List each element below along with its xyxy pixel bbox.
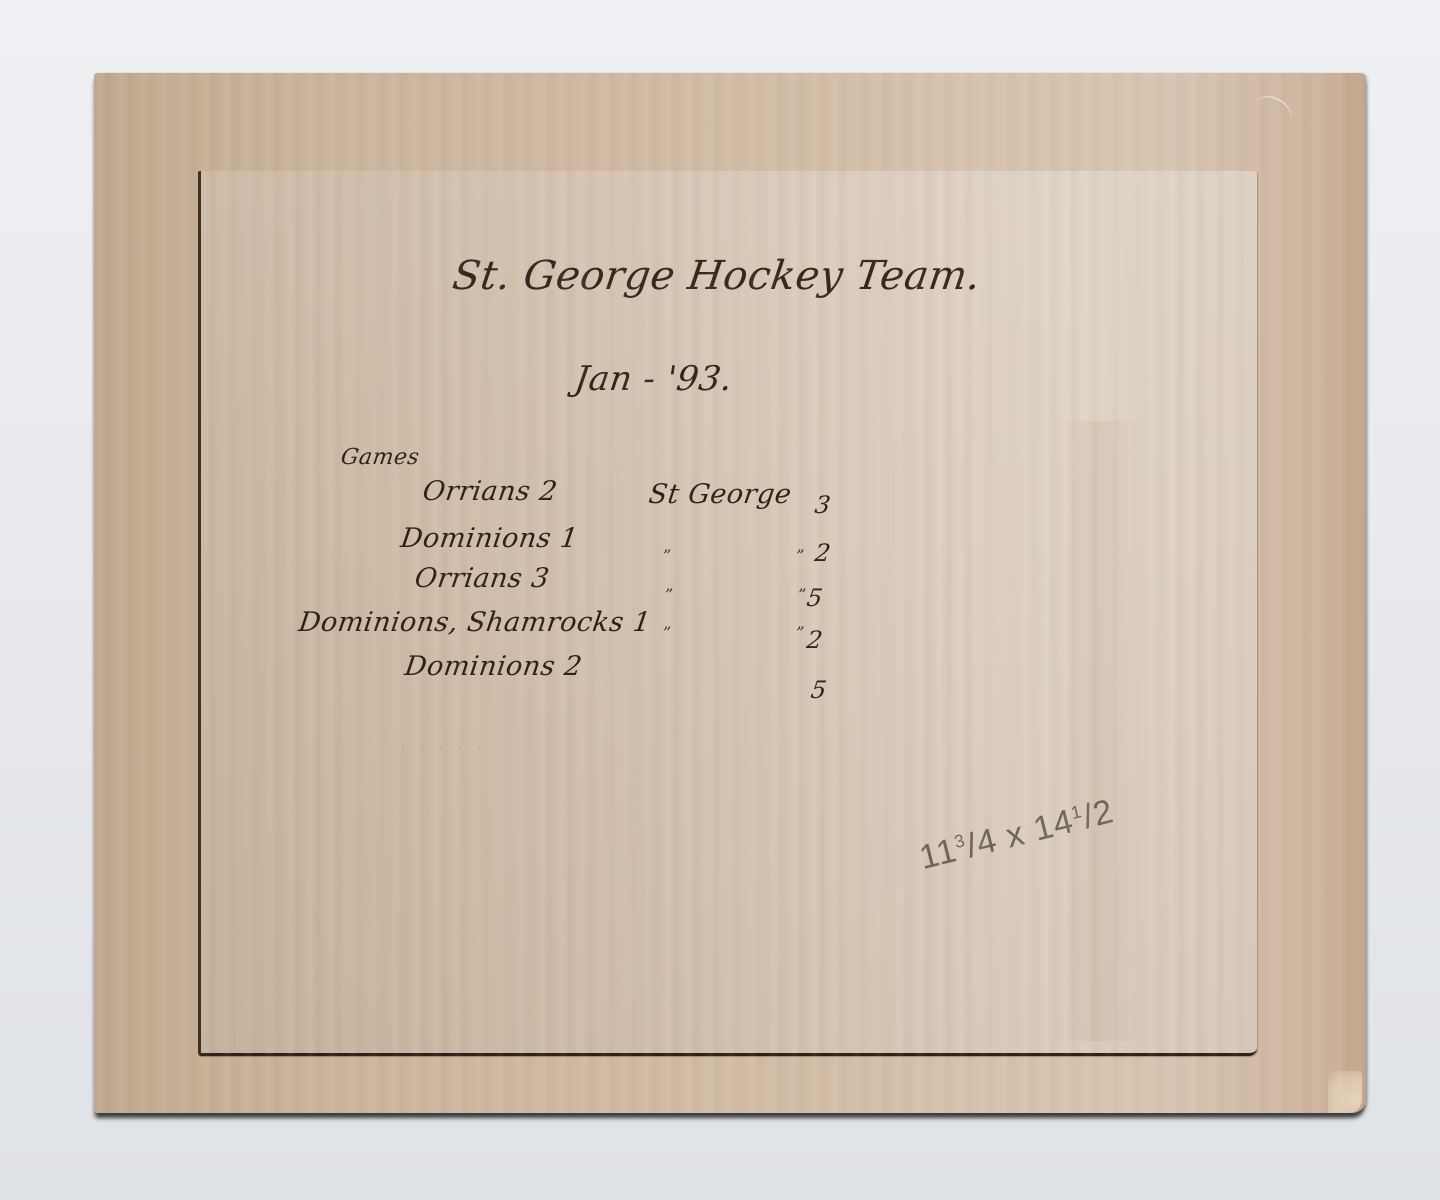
mount-corner-wear [1328, 1071, 1362, 1113]
water-stain [1053, 421, 1143, 1041]
opponent-name: Dominions [403, 651, 558, 682]
game-row-1-opponent: Orrians 2 [421, 476, 560, 507]
faint-marks: · · · · · [401, 741, 486, 754]
game-row-3-team-ditto: ” ” [665, 585, 866, 604]
opponent-score: 2 [562, 651, 584, 682]
opponent-name: Orrians [421, 476, 533, 507]
game-row-2-team-ditto: ” ” [663, 546, 864, 565]
mount-board: St. George Hockey Team. Jan - '93. Games… [94, 73, 1366, 1113]
opponent-score: 1 [631, 607, 653, 638]
game-row-4-opponent: Dominions, Shamrocks 1 [297, 607, 653, 638]
document-title: St. George Hockey Team. [450, 253, 984, 299]
game-row-1-team: St George [647, 479, 794, 510]
opponent-name: Dominions [399, 523, 554, 554]
mount-crease [1247, 89, 1297, 136]
game-row-5-team-score: 5 [809, 676, 829, 704]
game-row-5-opponent: Dominions 2 [403, 651, 584, 682]
game-row-4-team-score: 2 [805, 626, 825, 654]
games-label: Games [339, 445, 421, 470]
game-row-3-opponent: Orrians 3 [413, 563, 552, 594]
opponent-score: 2 [537, 476, 559, 507]
size-times: x [1002, 814, 1029, 855]
size-frac-b-den: 2 [1089, 792, 1118, 834]
size-frac-a-den: 4 [973, 821, 1002, 863]
opponent-name: Dominions, Shamrocks [297, 607, 626, 638]
game-row-3-team-score: 5 [805, 584, 825, 612]
game-row-4-team-ditto: ” ” [663, 623, 864, 642]
game-row-2-opponent: Dominions 1 [399, 523, 580, 554]
pencil-size-note: 113/4 x 141/2 [916, 792, 1118, 878]
document-date: Jan - '93. [572, 359, 735, 399]
opponent-name: Orrians [413, 563, 525, 594]
opponent-score: 1 [558, 523, 580, 554]
game-row-1-team-score: 3 [813, 491, 833, 519]
opponent-score: 3 [529, 563, 551, 594]
inner-card: St. George Hockey Team. Jan - '93. Games… [198, 171, 1257, 1056]
